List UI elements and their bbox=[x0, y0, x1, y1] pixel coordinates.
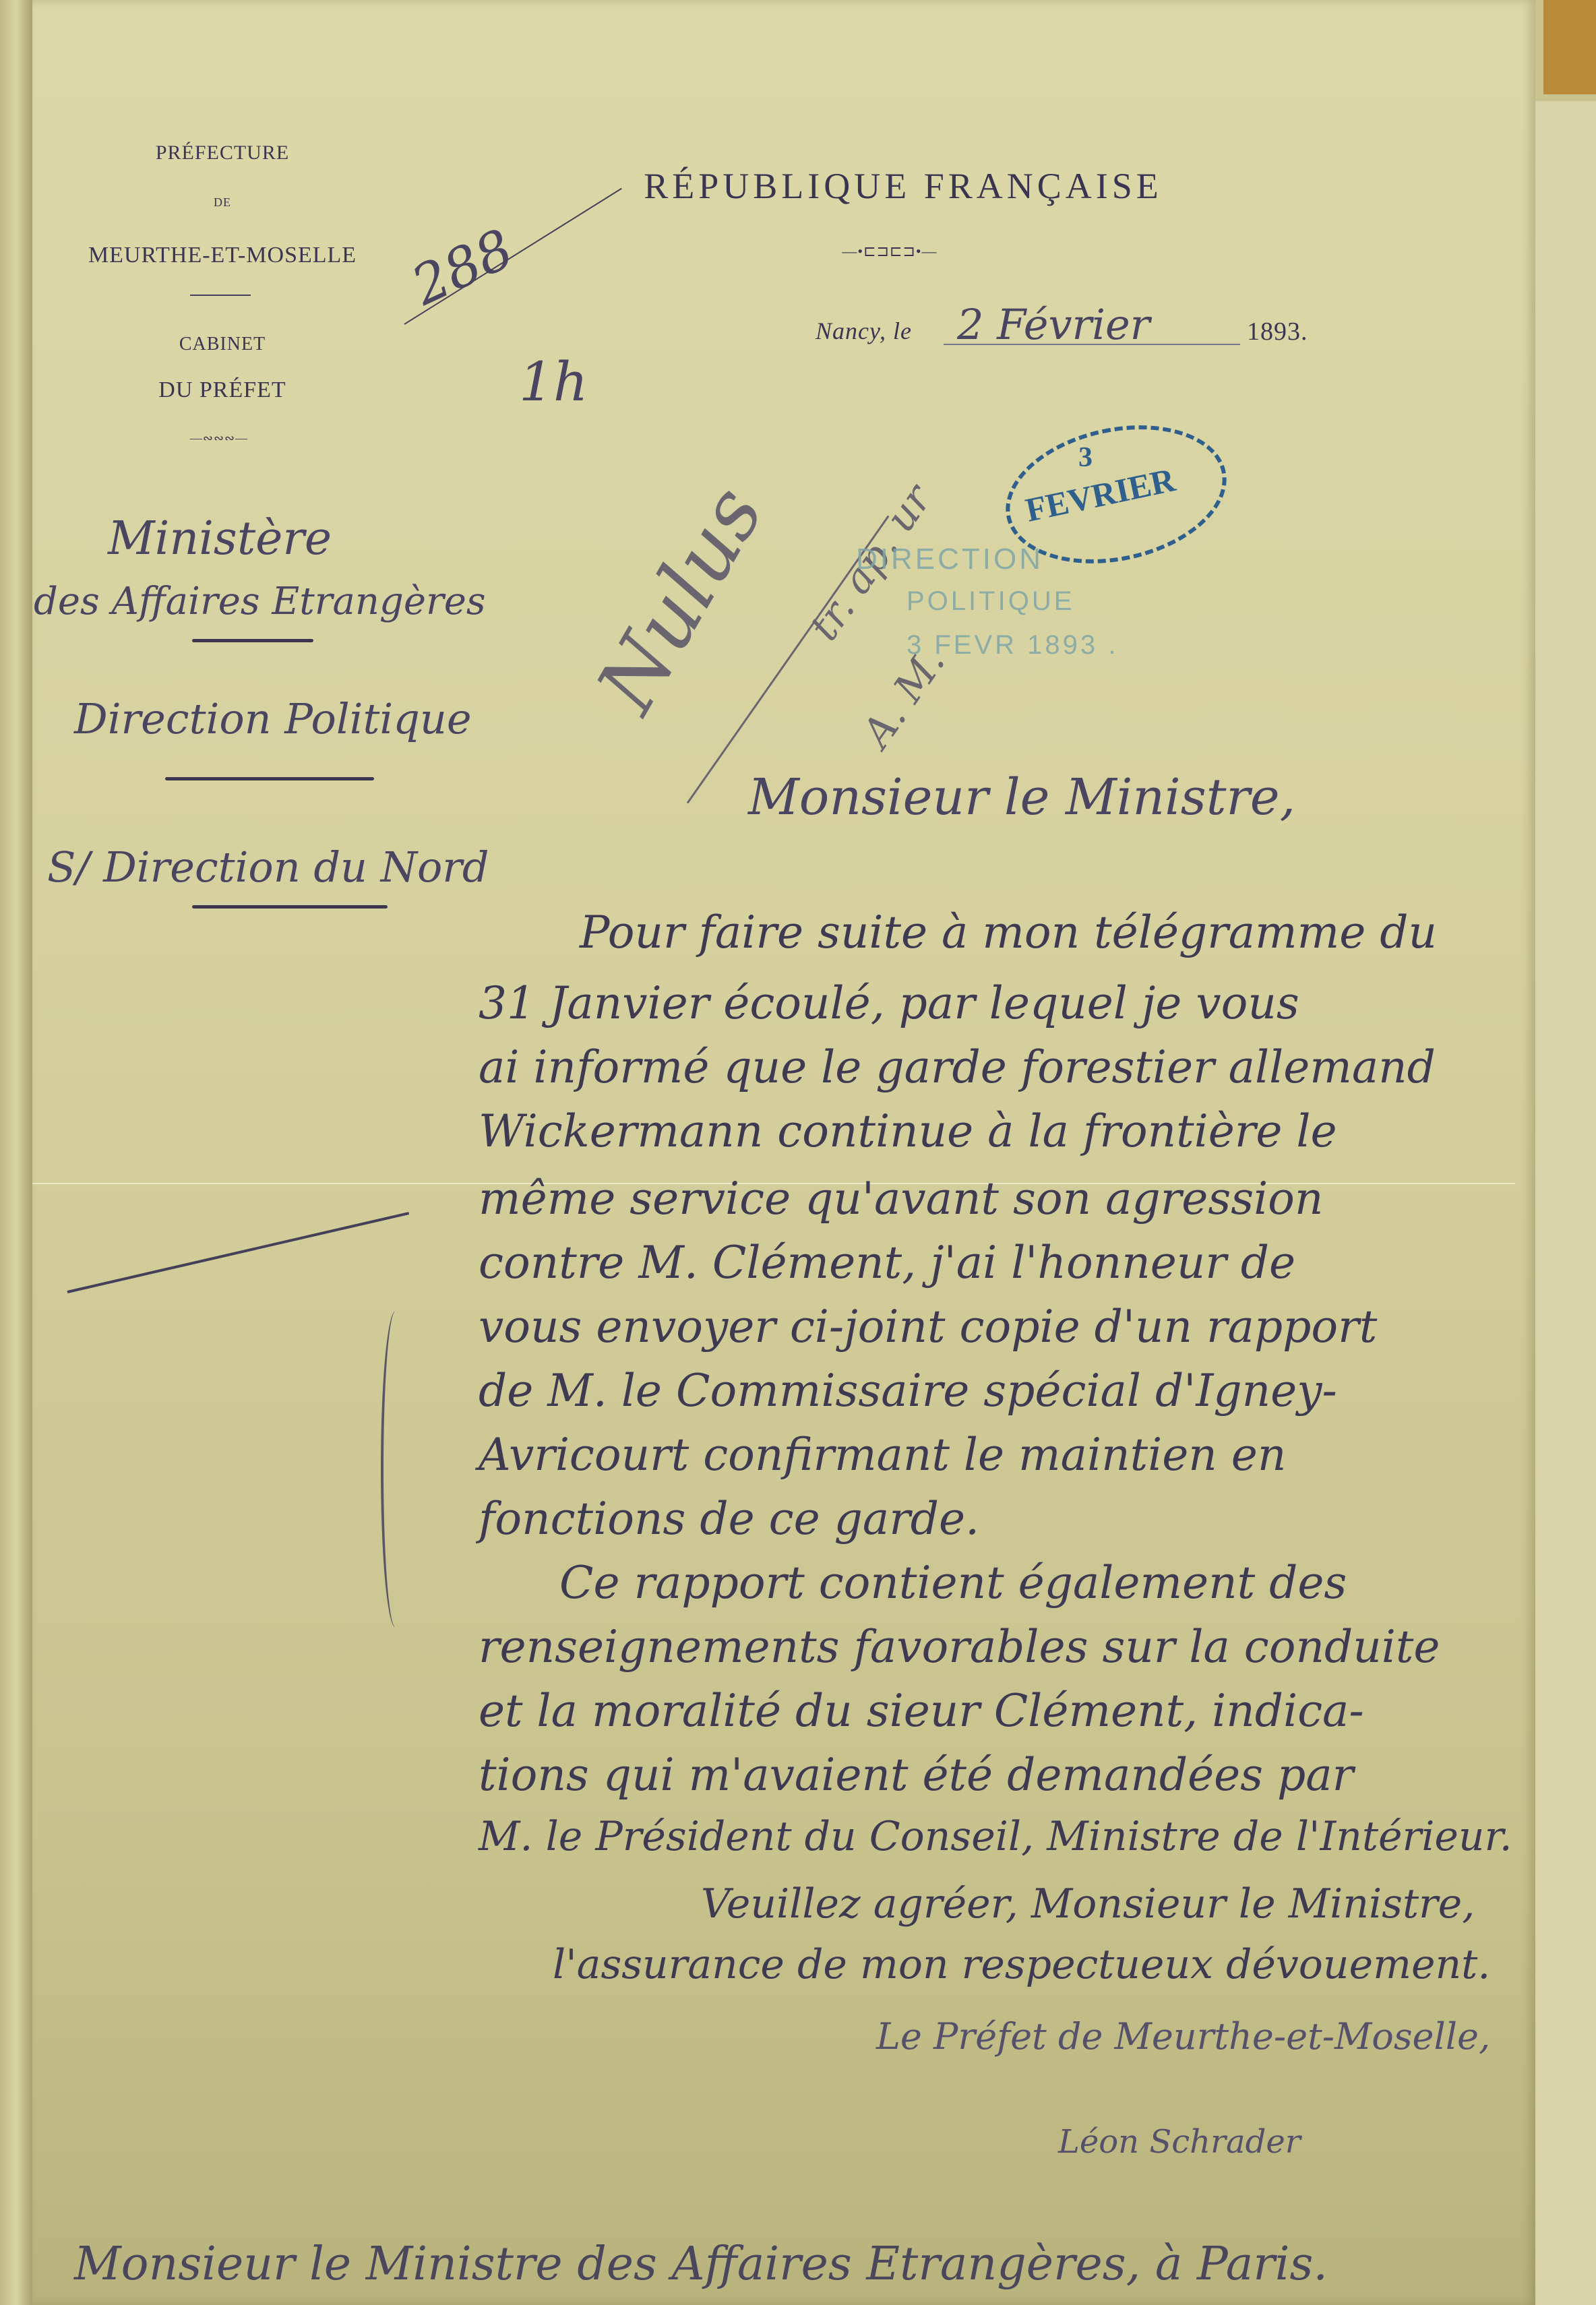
margin-underline-1 bbox=[192, 639, 313, 642]
place-label: Nancy, le bbox=[816, 317, 957, 345]
body-line: même service qu'avant son agression bbox=[479, 1173, 1323, 1225]
margin-bracket bbox=[381, 1311, 410, 1628]
body-line: contre M. Clément, j'ai l'honneur de bbox=[479, 1237, 1295, 1289]
letterhead-department: MEURTHE-ET-MOSELLE bbox=[67, 243, 377, 268]
body-line: renseignements favorables sur la conduit… bbox=[479, 1621, 1440, 1673]
body-line: M. le Président du Conseil, Ministre de … bbox=[479, 1813, 1512, 1860]
letterhead-ornament: —∾∾∾— bbox=[172, 431, 266, 445]
binding-spine bbox=[0, 0, 34, 2305]
received-stamp-day: 3 bbox=[1078, 441, 1093, 474]
body-line: Avricourt confirmant le maintien en bbox=[479, 1429, 1286, 1481]
date-underline bbox=[944, 344, 1240, 345]
margin-ministere: Ministère bbox=[108, 512, 332, 565]
body-line: de M. le Commissaire spécial d'Igney- bbox=[479, 1365, 1337, 1417]
letterhead-prefecture: PRÉFECTURE bbox=[121, 142, 324, 164]
footer-address: Monsieur le Ministre des Affaires Etrang… bbox=[74, 2238, 1328, 2291]
letterhead-du-prefet: DU PRÉFET bbox=[121, 377, 324, 403]
date-year: 1893. bbox=[1247, 317, 1334, 346]
republic-heading: RÉPUBLIQUE FRANÇAISE bbox=[580, 165, 1227, 207]
letterhead-divider bbox=[190, 295, 251, 296]
body-line: Ce rapport contient également des bbox=[559, 1557, 1347, 1609]
margin-underline-3 bbox=[192, 905, 388, 909]
margin-direction-politique: Direction Politique bbox=[74, 694, 472, 743]
registry-number-bottom: 1h bbox=[519, 350, 588, 413]
body-line: et la moralité du sieur Clément, indica- bbox=[479, 1685, 1364, 1737]
letterhead-de: DE bbox=[121, 195, 324, 210]
direction-stamp-line2: POLITIQUE bbox=[907, 586, 1074, 617]
body-line: tions qui m'avaient été demandées par bbox=[479, 1749, 1353, 1801]
signature-title: Le Préfet de Meurthe-et-Moselle, bbox=[876, 2015, 1490, 2058]
letterhead-cabinet: CABINET bbox=[121, 334, 324, 355]
body-line: Wickermann continue à la frontière le bbox=[479, 1105, 1337, 1157]
salutation: Monsieur le Ministre, bbox=[748, 768, 1295, 826]
closing-line-1: Veuillez agréer, Monsieur le Ministre, bbox=[701, 1880, 1475, 1928]
republic-ornament: —•⊏⊐⊏⊐•— bbox=[789, 243, 991, 260]
margin-underline-2 bbox=[165, 777, 374, 780]
date-handwritten: 2 Février bbox=[957, 300, 1150, 349]
body-line: 31 Janvier écoulé, par lequel je vous bbox=[479, 977, 1299, 1029]
body-line: Pour faire suite à mon télégramme du bbox=[580, 906, 1437, 958]
margin-sous-direction-nord: S/ Direction du Nord bbox=[47, 842, 489, 892]
direction-stamp-line3: 3 FEVR 1893 . bbox=[907, 630, 1118, 660]
body-line: fonctions de ce garde. bbox=[479, 1493, 979, 1545]
direction-stamp-line1: DIRECTION bbox=[856, 543, 1043, 576]
body-line: ai informé que le garde forestier allema… bbox=[479, 1041, 1436, 1093]
margin-affaires-etrangeres: des Affaires Etrangères bbox=[34, 580, 486, 623]
body-line: vous envoyer ci-joint copie d'un rapport bbox=[479, 1301, 1377, 1353]
wooden-surface bbox=[1543, 0, 1596, 94]
signature: Léon Schrader bbox=[1058, 2123, 1301, 2161]
closing-line-2: l'assurance de mon respectueux dévouemen… bbox=[553, 1941, 1490, 1988]
